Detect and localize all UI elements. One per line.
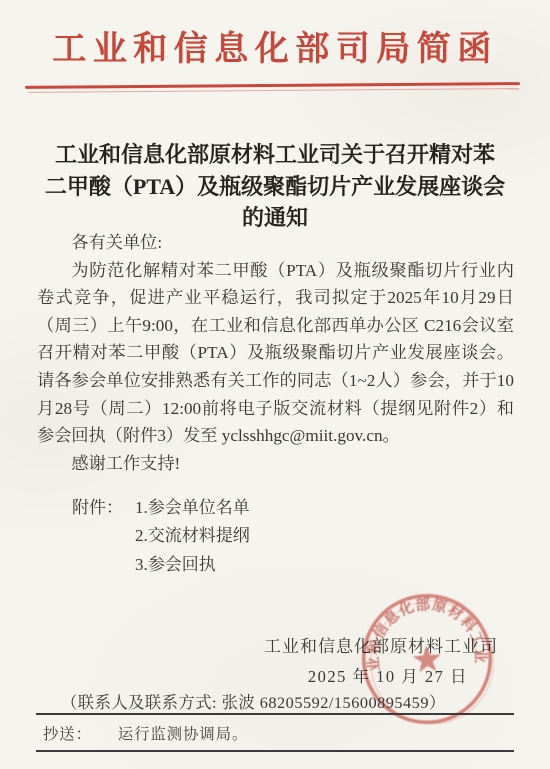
footer-divider-bottom: [36, 750, 514, 752]
attachments-block: 附件： 1.参会单位名单 2.交流材料提纲 3.参会回执: [72, 494, 250, 579]
cc-value: 运行监测协调局。: [118, 726, 248, 743]
attachment-item-2: 2.交流材料提纲: [135, 522, 250, 550]
salutation: 各有关单位:: [37, 229, 514, 257]
attachment-item-1: 1.参会单位名单: [135, 494, 250, 522]
svg-text:工业和信息化部原材料工业司: 工业和信息化部原材料工业司: [349, 581, 489, 674]
cc-line: 抄送：运行监测协调局。: [43, 722, 248, 744]
contact-info: （联系人及联系方式: 张波 68205592/15600895459）: [61, 689, 446, 713]
signature-organization: 工业和信息化部原材料工业司: [264, 632, 498, 657]
signature-date: 2025 年 10 月 27 日: [308, 663, 468, 687]
thanks-line: 感谢工作支持!: [37, 450, 514, 478]
cc-label: 抄送：: [43, 726, 92, 743]
footer-divider-top: [36, 713, 514, 715]
document-title-line2: 二甲酸（PTA）及瓶级聚酯切片产业发展座谈会: [18, 171, 532, 203]
seal-text: 工业和信息化部原材料工业司: [349, 581, 489, 674]
attachments-label: 附件：: [72, 494, 123, 522]
attachment-item-3: 3.参会回执: [135, 551, 250, 579]
letterhead-title: 工业和信息化部司局简函: [0, 21, 550, 70]
document-body: 各有关单位: 为防范化解精对苯二甲酸（PTA）及瓶级聚酯切片行业内卷式竞争，促进…: [37, 229, 514, 477]
letterhead-divider-thin: [28, 88, 519, 93]
document-title-line1: 工业和信息化部原材料工业司关于召开精对苯: [18, 139, 532, 171]
document-title: 工业和信息化部原材料工业司关于召开精对苯 二甲酸（PTA）及瓶级聚酯切片产业发展…: [18, 139, 532, 234]
scanned-document-page: 工业和信息化部司局简函 工业和信息化部原材料工业司关于召开精对苯 二甲酸（PTA…: [0, 0, 550, 769]
body-paragraph: 为防范化解精对苯二甲酸（PTA）及瓶级聚酯切片行业内卷式竞争，促进产业平稳运行，…: [37, 257, 514, 450]
attachments-list: 1.参会单位名单 2.交流材料提纲 3.参会回执: [135, 494, 250, 579]
